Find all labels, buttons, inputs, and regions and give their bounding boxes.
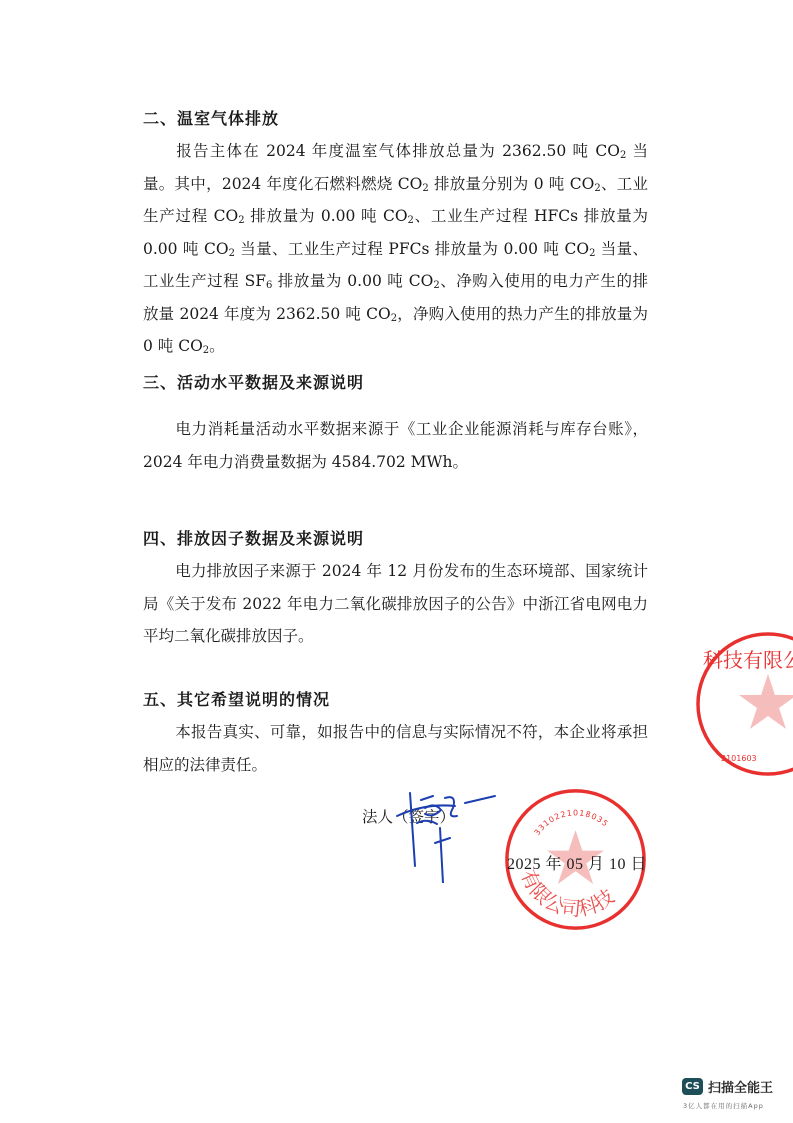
other-notes-text: 本报告真实、可靠，如报告中的信息与实际情况不符，本企业将承担相应的法律责任。 [143,723,648,774]
paragraph-other-notes: 本报告真实、可靠，如报告中的信息与实际情况不符，本企业将承担相应的法律责任。 [143,716,648,781]
heading-emission-factor: 四、排放因子数据及来源说明 [143,526,364,549]
handwritten-signature-icon [395,788,500,883]
camscanner-logo-icon: CS [682,1078,703,1095]
camscanner-watermark: CS 扫描全能王 [682,1077,773,1096]
paragraph-emission-factor: 电力排放因子来源于 2024 年 12 月份发布的生态环境部、国家统计局《关于发… [143,555,648,653]
paragraph-ghg-emissions: 报告主体在 2024 年度温室气体排放总量为 2362.50 吨 CO2 当量。… [143,135,648,363]
camscanner-app-name: 扫描全能王 [708,1077,773,1096]
document-page: 二、温室气体排放 报告主体在 2024 年度温室气体排放总量为 2362.50 … [0,0,793,1123]
heading-activity-data: 三、活动水平数据及来源说明 [143,370,364,393]
svg-text:3310221018035: 3310221018035 [533,808,611,837]
heading-ghg-emissions: 二、温室气体排放 [143,106,279,129]
paragraph-activity-data: 电力消耗量活动水平数据来源于《工业企业能源消耗与库存台账》，2024 年电力消费… [143,413,648,478]
heading-other-notes: 五、其它希望说明的情况 [143,687,330,710]
svg-text:2101603: 2101603 [721,754,757,763]
signature-date: 2025 年 05 月 10 日 [507,851,647,874]
camscanner-tagline: 3亿人都在用的扫描App [683,1101,764,1110]
svg-text:科技有限公: 科技有限公 [703,648,793,672]
activity-data-text: 电力消耗量活动水平数据来源于《工业企业能源消耗与库存台账》，2024 年电力消费… [143,420,648,471]
company-seal-partial-icon: 科技有限公 2101603 [693,629,793,779]
emission-factor-text: 电力排放因子来源于 2024 年 12 月份发布的生态环境部、国家统计局《关于发… [143,562,648,645]
